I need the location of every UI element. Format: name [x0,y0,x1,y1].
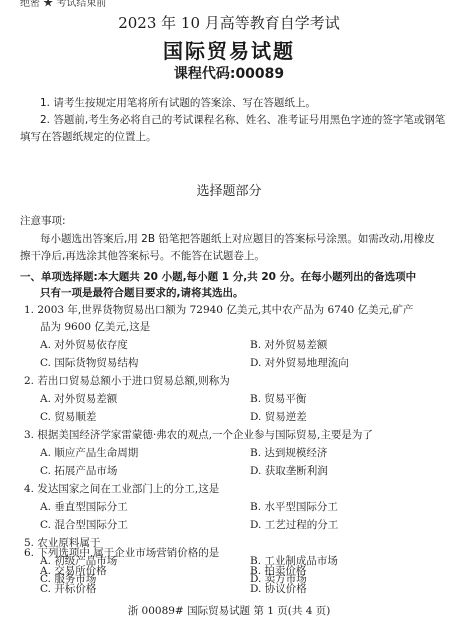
question-1-cont: 品为 9600 亿美元,这是 [40,319,150,334]
q3-option-c: C. 拓展产品市场 [40,463,117,478]
q4-option-d: D. 工艺过程的分工 [250,517,338,532]
subject-title: 国际贸易试题 [0,35,458,64]
question-1: 1. 2003 年,世界货物贸易出口额为 72940 亿美元,其中农产品为 67… [24,302,413,317]
secret-mark: 绝密 ★ 考试结束前 [20,0,106,9]
question-4: 4. 发达国家之间在工业部门上的分工,这是 [24,481,219,496]
course-code: 课程代码:00089 [0,63,458,83]
q6-option-c: C. 开标价格 [40,581,96,596]
q2-option-c: C. 贸易顺差 [40,409,96,424]
q1-option-b: B. 对外贸易差额 [250,337,327,352]
q2-option-b: B. 贸易平衡 [250,391,306,406]
q6-option-b: B. 拍卖价格 [250,563,306,578]
q3-option-a: A. 顺应产品生命周期 [40,445,138,460]
instruction-1: 1. 请考生按规定用笔将所有试题的答案涂、写在答题纸上。 [40,95,316,110]
q1-option-d: D. 对外贸易地理流向 [250,355,349,370]
q3-option-d: D. 获取垄断利润 [250,463,328,478]
q3-option-b: B. 达到规模经济 [250,445,327,460]
exam-title: 2023 年 10 月高等教育自学考试 [0,12,458,33]
part-heading-2: 只有一项是最符合题目要求的,请将其选出。 [40,285,244,300]
q4-option-b: B. 水平型国际分工 [250,499,338,514]
instruction-2-cont: 填写在答题纸规定的位置上。 [20,129,157,144]
q6-option-a: A. 交易所价格 [40,563,107,578]
part-heading-1: 一、单项选择题:本大题共 20 小题,每小题 1 分,共 20 分。在每小题列出… [20,269,416,284]
q6-option-d: D. 协议价格 [250,581,307,596]
q2-option-d: D. 贸易逆差 [250,409,307,424]
q1-option-c: C. 国际货物贸易结构 [40,355,138,370]
q2-option-a: A. 对外贸易差额 [40,391,117,406]
notes-line-1: 每小题选出答案后,用 2B 铅笔把答题纸上对应题目的答案标号涂黑。如需改动,用橡… [40,231,435,246]
notes-line-2: 擦干净后,再选涂其他答案标号。不能答在试题卷上。 [20,248,265,263]
exam-page: 绝密 ★ 考试结束前 2023 年 10 月高等教育自学考试 国际贸易试题 课程… [0,0,458,634]
question-2: 2. 若出口贸易总额小于进口贸易总额,则称为 [24,373,230,388]
question-3: 3. 根据美国经济学家雷蒙德·弗农的观点,一个企业参与国际贸易,主要是为了 [24,427,373,442]
section-title: 选择题部分 [0,180,458,199]
q1-option-a: A. 对外贸易依存度 [40,337,128,352]
notes-label: 注意事项: [20,213,66,228]
q4-option-c: C. 混合型国际分工 [40,517,128,532]
q4-option-a: A. 垂直型国际分工 [40,499,128,514]
page-footer: 浙 00089# 国际贸易试题 第 1 页(共 4 页) [0,603,458,618]
question-6: 6. 下列选项中,属于企业市场营销价格的是 [24,545,219,560]
instruction-2: 2. 答题前,考生务必将自己的考试课程名称、姓名、准考证号用黑色字迹的签字笔或钢… [40,112,445,127]
